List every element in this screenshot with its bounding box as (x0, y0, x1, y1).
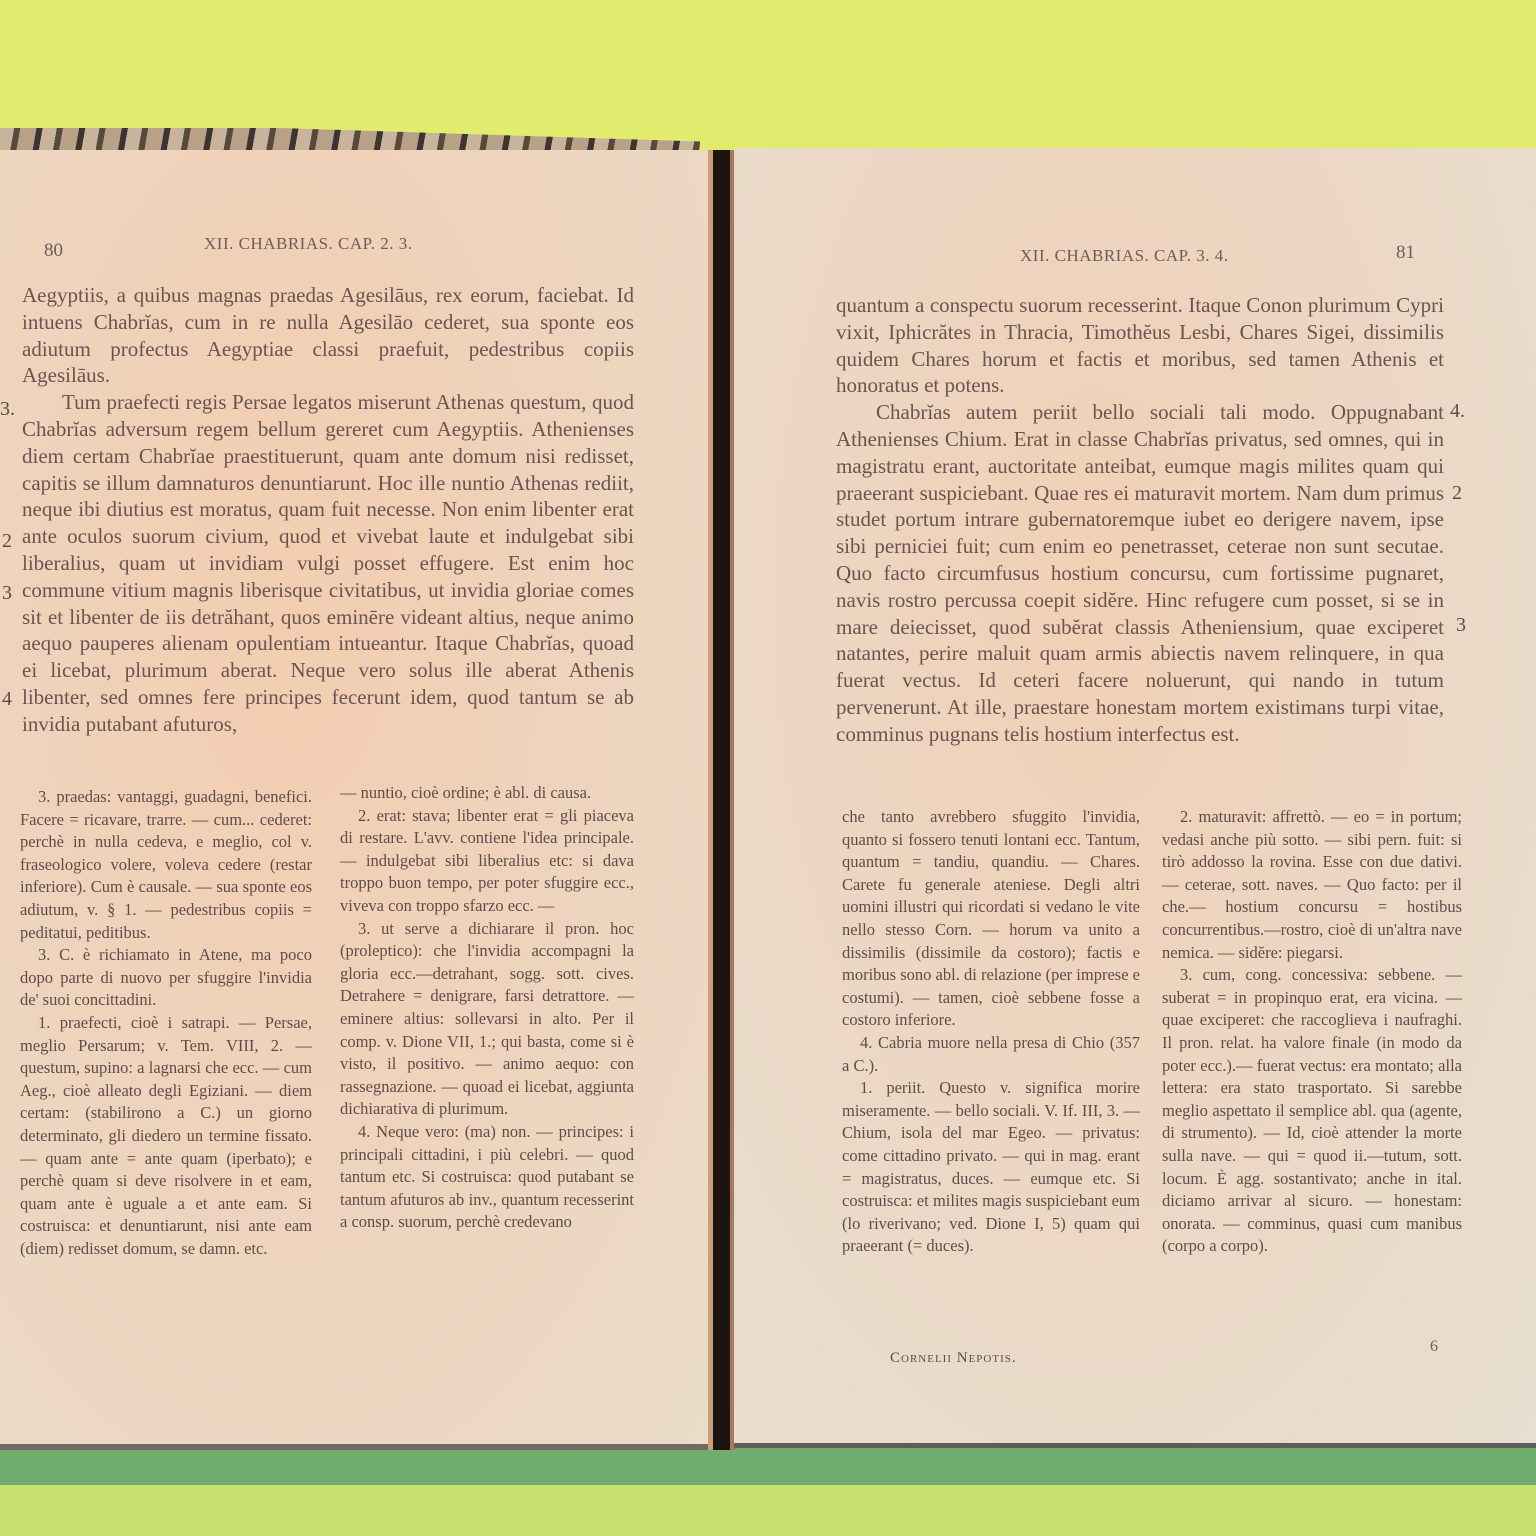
paragraph: Tum praefecti regis Persae legatos miser… (22, 389, 634, 737)
left-page-number: 80 (44, 240, 63, 262)
left-main-text: Aegyptiis, a quibus magnas praedas Agesi… (22, 282, 634, 738)
note: 3. C. è richiamato in Atene, ma poco dop… (20, 944, 312, 1012)
right-running-head: XII. CHABRIAS. CAP. 3. 4. (1020, 246, 1229, 266)
left-notes-column-1: 3. praedas: vantaggi, guadagni, benefici… (20, 786, 312, 1260)
left-margin-number: 2 (2, 530, 12, 553)
right-notes-column-2: 2. maturavit: affrettò. — eo = in portum… (1162, 806, 1462, 1258)
note: 1. praefecti, cioè i satrapi. — Persae, … (20, 1012, 312, 1261)
note: 3. ut serve a dichiarare il pron. hoc (p… (340, 918, 634, 1121)
note: — nuntio, cioè ordine; è abl. di causa. (340, 782, 634, 805)
paragraph: Aegyptiis, a quibus magnas praedas Agesi… (22, 282, 634, 389)
paragraph: quantum a conspectu suorum recesserint. … (836, 292, 1444, 399)
right-notes-column-1: che tanto avrebbero sfuggito l'invidia, … (842, 806, 1140, 1258)
note: 2. erat: stava; libenter erat = gli piac… (340, 805, 634, 918)
note: 4. Neque vero: (ma) non. — principes: i … (340, 1121, 634, 1234)
note: che tanto avrebbero sfuggito l'invidia, … (842, 806, 1140, 1032)
note: 1. periit. Questo v. significa morire mi… (842, 1077, 1140, 1258)
right-main-text: quantum a conspectu suorum recesserint. … (836, 292, 1444, 748)
left-margin-number: 3 (2, 582, 12, 605)
right-margin-number: 4. (1450, 400, 1465, 423)
right-page-number: 81 (1396, 242, 1415, 264)
book-spine (708, 150, 736, 1450)
paragraph: Chabrĭas autem periit bello sociali tali… (836, 399, 1444, 747)
note: 4. Cabria muore nella presa di Chio (357… (842, 1032, 1140, 1077)
signature-mark: Cornelii Nepotis. (890, 1350, 1017, 1367)
sheet-number: 6 (1430, 1338, 1438, 1356)
note: 2. maturavit: affrettò. — eo = in portum… (1162, 806, 1462, 964)
left-margin-number: 4 (2, 688, 12, 711)
left-margin-number: 3. (0, 398, 15, 421)
right-margin-number: 2 (1452, 482, 1462, 505)
note: 3. cum, cong. concessiva: sebbene. — sub… (1162, 964, 1462, 1258)
right-margin-number: 3 (1456, 614, 1466, 637)
left-notes-column-2: — nuntio, cioè ordine; è abl. di causa. … (340, 782, 634, 1234)
left-running-head: XII. CHABRIAS. CAP. 2. 3. (204, 234, 413, 254)
note: 3. praedas: vantaggi, guadagni, benefici… (20, 786, 312, 944)
